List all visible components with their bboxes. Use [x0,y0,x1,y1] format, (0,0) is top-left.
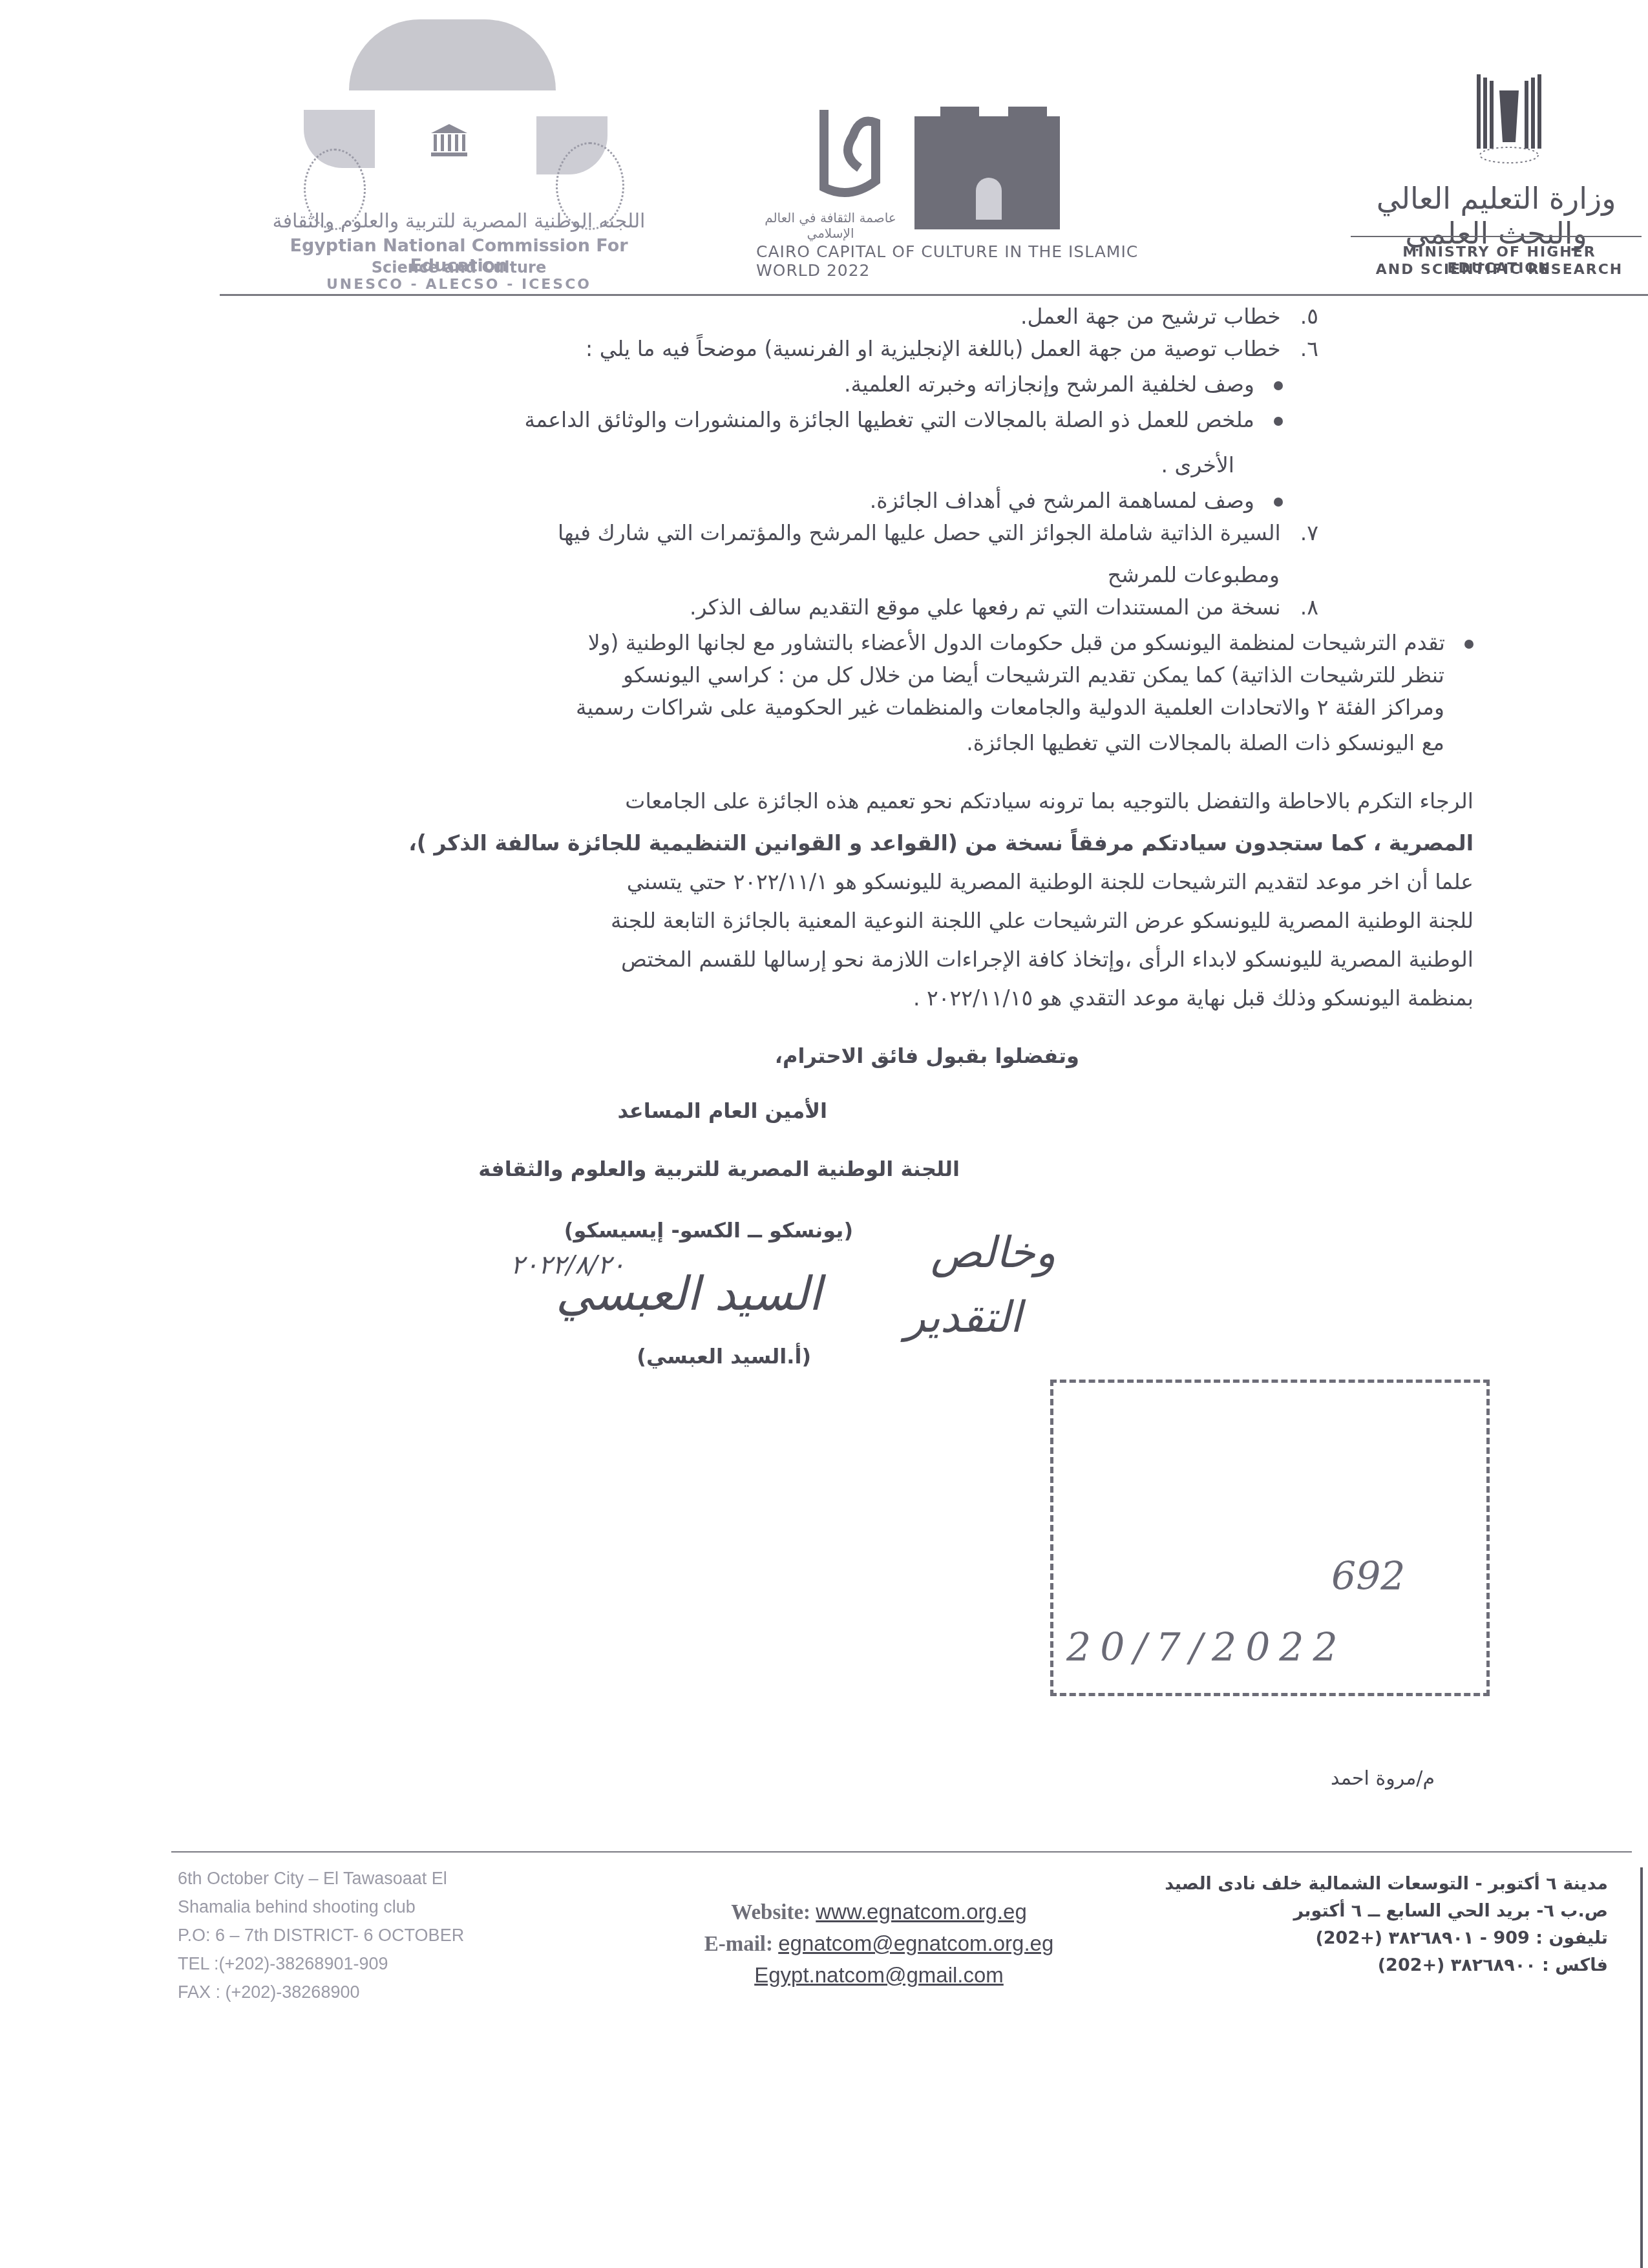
list-item-7-cont: ومطبوعات للمرشح [1108,562,1280,588]
nomination-note-line-4: مع اليونسكو ذات الصلة بالمجالات التي تغط… [966,730,1444,756]
nomination-note-line-3: ومراكز الفئة ٢ والاتحادات العلمية الدولي… [576,695,1444,720]
signatory-name: (أ.السيد العبسي) [637,1344,811,1369]
footer-divider [171,1851,1632,1853]
email-primary-link[interactable]: egnatcom@egnatcom.org.eg [778,1931,1053,1955]
request-line-4: للجنة الوطنية المصرية لليونسكو عرض الترش… [611,908,1474,934]
sub-bullet-2-cont: الأخرى . [1161,452,1234,478]
cairo-english-caption: CAIRO CAPITAL OF CULTURE IN THE ISLAMIC … [756,242,1176,280]
sub-bullet-2: ملخص للعمل ذو الصلة بالمجالات التي تغطيه… [525,407,1283,433]
handwritten-note-line-1: وخالص [931,1228,1056,1277]
organization-name: اللجنة الوطنية المصرية للتربية والعلوم و… [478,1157,960,1181]
sub-bullet-3: وصف لمساهمة المرشح في أهداف الجائزة. [870,488,1283,514]
request-line-6: بمنظمة اليونسكو وذلك قبل نهاية موعد التق… [913,985,1474,1011]
commission-english-name-2: Science and Culture [271,258,646,277]
list-item-8: ٨.نسخة من المستندات التي تم رفعها علي مو… [690,594,1318,620]
request-line-1: الرجاء التكرم بالاحاطة والتفضل بالتوجيه … [625,788,1474,814]
footer-contact: Website: www.egnatcom.org.eg E-mail: egn… [653,1896,1105,1991]
cairo-arabic-tagline: عاصمة الثقافة في العالم الإسلامي [756,210,905,241]
commission-dome-graphic [349,19,556,90]
request-line-3: علما أن اخر موعد لتقديم الترشيحات للجنة … [627,869,1474,895]
list-item-7: ٧.السيرة الذاتية شاملة الجوائز التي حصل … [558,520,1318,546]
bullet-icon [1464,640,1474,649]
salutation: وتفضلوا بقبول فائق الاحترام، [775,1044,1079,1068]
city-gate-icon [914,116,1060,229]
email-secondary-link[interactable]: Egypt.natcom@gmail.com [754,1963,1004,1987]
handwritten-note-line-2: التقدير [905,1292,1022,1342]
nomination-note-line-2: تنظر للترشيحات الذاتية) كما يمكن تقديم ا… [623,662,1444,688]
unesco-temple-icon [430,123,469,158]
ministry-arabic-name: وزارة التعليم العالي والبحث العلمي [1344,181,1648,251]
handwritten-signature: السيد العبسي [556,1266,821,1321]
nomination-note-line-1: تقدم الترشيحات لمنظمة اليونسكو من قبل حك… [588,630,1474,656]
commission-logo-block: اللجنه الوطنية المصرية للتربية والعلوم و… [271,19,659,265]
bullet-icon [1274,417,1283,426]
signatory-title: الأمين العام المساعد [617,1098,827,1123]
sub-bullet-1: وصف لخلفية المرشح وإنجازاته وخبرته العلم… [844,372,1283,397]
list-item-6: ٦.خطاب توصية من جهة العمل (باللغة الإنجل… [586,336,1318,362]
website-link[interactable]: www.egnatcom.org.eg [816,1900,1027,1924]
footer-arabic-address: مدينة ٦ أكتوبر - التوسعات الشمالية خلف ن… [1165,1871,1608,1979]
list-item-5: ٥.خطاب ترشيح من جهة العمل. [1020,304,1318,330]
request-line-5: الوطنية المصرية لليونسكو لابداء الرأى ،و… [621,947,1474,972]
egypt-eagle-emblem-icon [1474,71,1545,168]
bullet-icon [1274,498,1283,507]
ministry-english-name-2: AND SCIENTIFIC RESEARCH [1351,262,1648,278]
organization-affiliations: (يونسكو ــ الكسو- إيسيسكو) [564,1218,853,1243]
scan-edge-shadow [1640,1867,1643,2268]
commission-arabic-name: اللجنه الوطنية المصرية للتربية والعلوم و… [271,210,646,233]
stamp-number: 692 [1331,1554,1406,1599]
receipt-stamp: 692 20/7/2022 [1050,1380,1490,1696]
cairo-capital-logo-block: عاصمة الثقافة في العالم الإسلامي CAIRO C… [756,97,1176,284]
request-line-2: المصرية ، كما ستجدون سيادتكم مرفقاً نسخة… [408,830,1474,856]
cairo-calligraphy-logo [814,103,885,200]
commission-affiliations: UNESCO - ALECSO - ICESCO [271,277,646,293]
ministry-divider [1351,236,1642,237]
footer-english-address: 6th October City – El Tawasoaat El Shama… [178,1864,464,2006]
header-divider [220,294,1648,296]
prepared-by: م/مروة احمد [1331,1767,1435,1790]
ministry-logo-block: وزارة التعليم العالي والبحث العلمي MINIS… [1344,71,1648,291]
stamp-date: 20/7/2022 [1066,1625,1347,1670]
bullet-icon [1274,381,1283,390]
